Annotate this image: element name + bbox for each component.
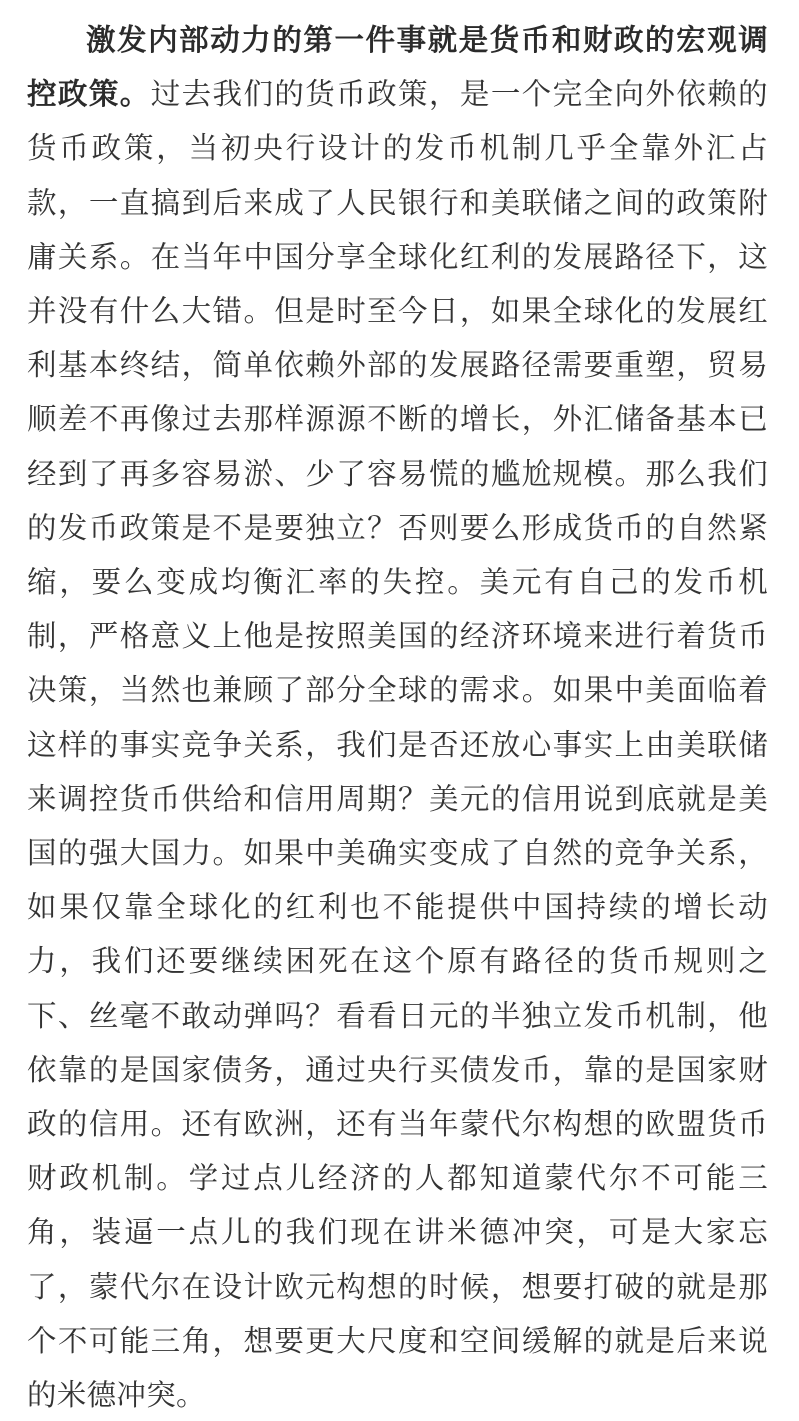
paragraph-body-text: 过去我们的货币政策，是一个完全向外依赖的货币政策，当初央行设计的发币机制几乎全靠… — [27, 77, 768, 1412]
paragraph: 激发内部动力的第一件事就是货币和财政的宏观调控政策。过去我们的货币政策，是一个完… — [27, 13, 768, 1421]
article-body: 激发内部动力的第一件事就是货币和财政的宏观调控政策。过去我们的货币政策，是一个完… — [27, 13, 768, 1421]
